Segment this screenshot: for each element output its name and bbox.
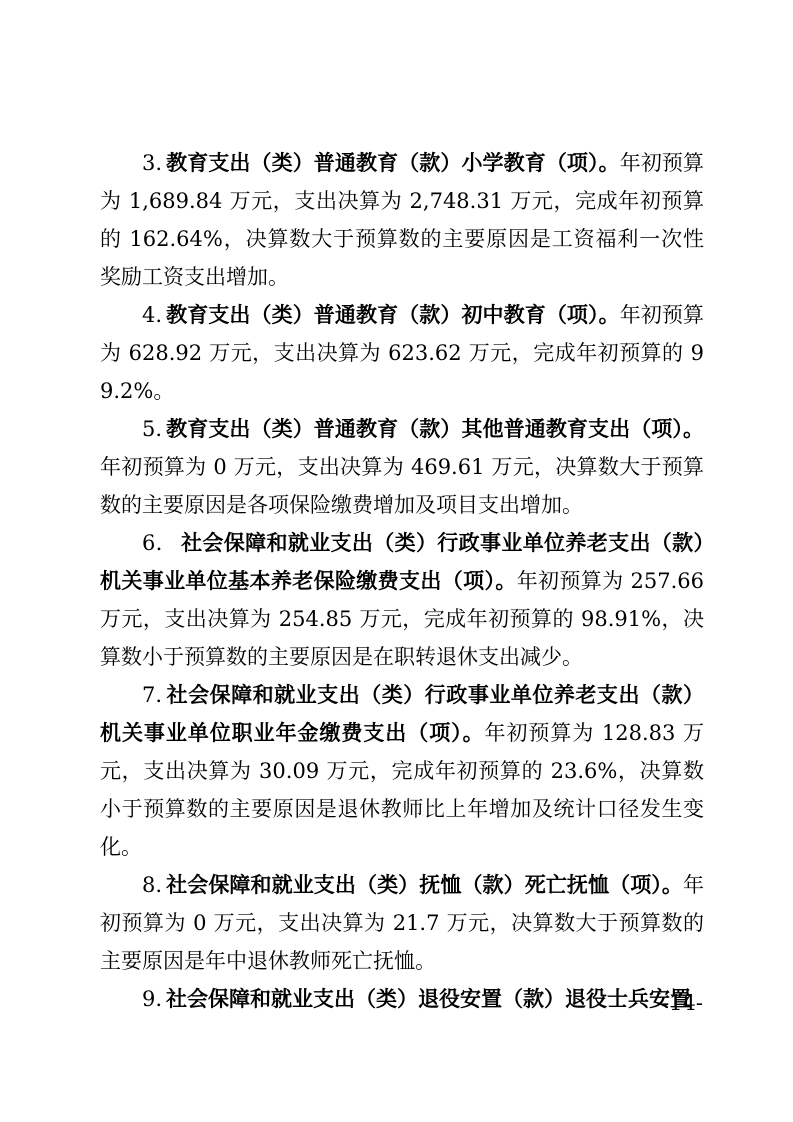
paragraph-number: 5. xyxy=(142,417,162,441)
paragraph-number: 7. xyxy=(142,683,162,707)
paragraph-number: 4. xyxy=(142,303,162,327)
paragraph-body: 年初预算为 0 万元，支出决算为 469.61 万元，决算数大于预算数的主要原因… xyxy=(100,455,704,517)
paragraph-4: 4.教育支出（类）普通教育（款）初中教育（项）。年初预算为 628.92 万元，… xyxy=(100,296,704,410)
paragraph-heading: 教育支出（类）普通教育（款）初中教育（项）。 xyxy=(166,303,620,327)
paragraph-number: 6． xyxy=(142,531,177,555)
page-number: -14- xyxy=(662,988,703,1018)
paragraph-3: 3.教育支出（类）普通教育（款）小学教育（项）。年初预算为 1,689.84 万… xyxy=(100,144,704,296)
paragraph-6: 6．社会保障和就业支出（类）行政事业单位养老支出（款）机关事业单位基本养老保险缴… xyxy=(100,524,704,676)
paragraph-heading: 社会保障和就业支出（类）抚恤（款）死亡抚恤（项）。 xyxy=(166,873,683,897)
paragraph-number: 3. xyxy=(142,151,162,175)
paragraph-8: 8.社会保障和就业支出（类）抚恤（款）死亡抚恤（项）。年初预算为 0 万元，支出… xyxy=(100,866,704,980)
paragraph-7: 7.社会保障和就业支出（类）行政事业单位养老支出（款）机关事业单位职业年金缴费支… xyxy=(100,676,704,866)
document-body: 3.教育支出（类）普通教育（款）小学教育（项）。年初预算为 1,689.84 万… xyxy=(100,144,704,1018)
paragraph-9: 9.社会保障和就业支出（类）退役安置（款）退役士兵安置 xyxy=(100,980,704,1018)
paragraph-number: 9. xyxy=(142,987,162,1011)
paragraph-heading: 社会保障和就业支出（类）退役安置（款）退役士兵安置 xyxy=(166,987,691,1011)
paragraph-number: 8. xyxy=(142,873,162,897)
document-page: 3.教育支出（类）普通教育（款）小学教育（项）。年初预算为 1,689.84 万… xyxy=(0,0,793,1122)
paragraph-heading: 教育支出（类）普通教育（款）其他普通教育支出（项）。 xyxy=(166,417,704,441)
paragraph-heading: 教育支出（类）普通教育（款）小学教育（项）。 xyxy=(166,151,620,175)
paragraph-5: 5.教育支出（类）普通教育（款）其他普通教育支出（项）。年初预算为 0 万元，支… xyxy=(100,410,704,524)
